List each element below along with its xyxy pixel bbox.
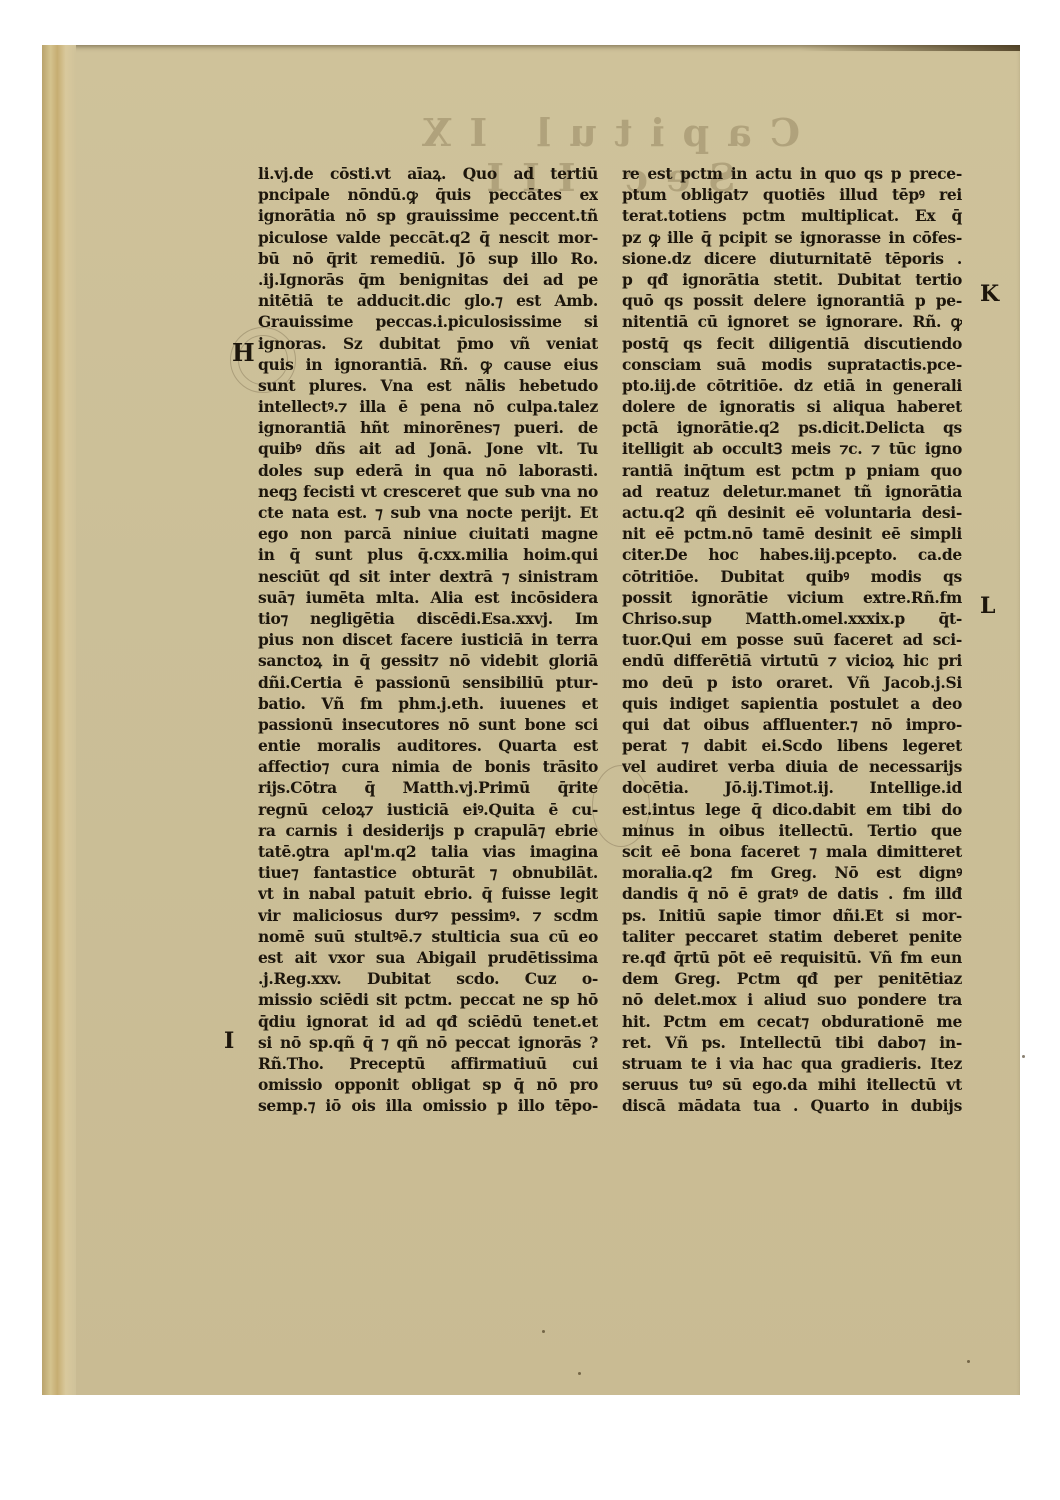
text-line: intellectꝰ.⁊ illa ē pena nō culpa.talez (258, 396, 598, 417)
text-line: dem Greg. Pctm qđ per penitētiaz (622, 968, 962, 989)
text-line: piculose valde peccāt.q2 q̄ nescit mor- (258, 227, 598, 248)
text-line: vel audiret verba diuia de necessarijs (622, 756, 962, 777)
text-line: entie moralis auditores. Quarta est (258, 735, 598, 756)
paper-speck (578, 1372, 581, 1375)
text-line: cte nata est. ⁊ sub vna nocte perijt. Et (258, 502, 598, 523)
text-line: neqꝫ fecisti vt cresceret que sub vna no (258, 481, 598, 502)
text-line: pctā ignorātie.q2 ps.dicit.Delicta qs (622, 417, 962, 438)
text-line: suā⁊ iumēta mlta. Alia est incōsidera (258, 587, 598, 608)
text-line: sione.dz dicere diuturnitatē tēporis . (622, 248, 962, 269)
text-line: batio. Vñ fm phm.j.eth. iuuenes et (258, 693, 598, 714)
text-line: bū nō q̄rit remediū. Jō sup illo Ro. (258, 248, 598, 269)
text-line: nit eē pctm.nō tamē desinit eē simpli (622, 523, 962, 544)
text-line: ignoras. Sz dubitat p̄mo vñ veniat (258, 333, 598, 354)
text-line: endū differētiā virtutū ⁊ vicioꝝ hic pri (622, 650, 962, 671)
text-line: hit. Pctm em cecat⁊ obdurationē me (622, 1011, 962, 1032)
text-line: dolere de ignoratis si aliqua haberet (622, 396, 962, 417)
text-line: discā mādata tua . Quarto in dubijs (622, 1095, 962, 1116)
text-line: tatē.ꝯtra apl'm.q2 talia vias imagina (258, 841, 598, 862)
text-line: terat.totiens pctm multiplicat. Ex q̄ (622, 205, 962, 226)
text-line: sunt plures. Vna est nālis hebetudo (258, 375, 598, 396)
text-line: doles sup ederā in qua nō laborasti. (258, 460, 598, 481)
text-line: moralia.q2 fm Greg. Nō est dignꝰ (622, 862, 962, 883)
text-line: affectio⁊ cura nimia de bonis trāsito (258, 756, 598, 777)
text-line: citer.De hoc habes.iij.pcepto. ca.de (622, 544, 962, 565)
text-line: est.intus lege q̄ dico.dabit em tibi do (622, 799, 962, 820)
marginal-letter-l: L (980, 593, 995, 619)
text-line: itelligit ab occultꝪ meis ⁊c. ⁊ tūc igno (622, 438, 962, 459)
text-line: vt in nabal patuit ebrio. q̄ fuisse legi… (258, 883, 598, 904)
text-line: ps. Initiū sapie timor dñi.Et si mor- (622, 905, 962, 926)
text-line: in q̄ sunt plus q̄.cxx.milia hoim.qui (258, 544, 598, 565)
text-line: nitētiā te adducit.dic glo.⁊ est Amb. (258, 290, 598, 311)
text-line: scit eē bona faceret ⁊ mala dimitteret (622, 841, 962, 862)
text-line: nitentiā cū ignoret se ignorare. Rñ. ꝙ (622, 311, 962, 332)
text-column-right: re est pctm in actu in quo qs p prece-pt… (622, 163, 962, 1116)
text-line: est ait vxor sua Abigail prudētissima (258, 947, 598, 968)
text-line: postq̄ qs fecit diligentiā discutiendo (622, 333, 962, 354)
text-line: Grauissime peccas.i.piculosissime si (258, 311, 598, 332)
text-line: p qđ ignorātia stetit. Dubitat tertio (622, 269, 962, 290)
text-line: dandis q̄ nō ē gratꝰ de datis . fm illđ (622, 883, 962, 904)
text-line: perat ⁊ dabit ei.Scdo libens legeret (622, 735, 962, 756)
text-line: ptum obligat⁊ quotiēs illud tēpꝰ rei (622, 184, 962, 205)
text-line: ret. Vñ ps. Intellectū tibi dabo⁊ in- (622, 1032, 962, 1053)
text-line: ignorantiā hñt minorēnes⁊ pueri. de (258, 417, 598, 438)
text-line: ad reatuz deletur.manet tñ ignorātia (622, 481, 962, 502)
paper-speck (967, 1360, 970, 1363)
text-line: semp.⁊ iō ois illa omissio p illo tēpo- (258, 1095, 598, 1116)
text-line: missio sciēdi sit pctm. peccat ne sp hō (258, 989, 598, 1010)
text-line: nō delet.mox i aliud suo pondere tra (622, 989, 962, 1010)
text-line: ego non parcā niniue ciuitati magne (258, 523, 598, 544)
text-line: actu.q2 qñ desinit eē voluntaria desi- (622, 502, 962, 523)
text-line: possit ignorātie vicium extre.Rñ.fm (622, 587, 962, 608)
text-line: q̄diu ignorat id ad qđ sciēdū tenet.et (258, 1011, 598, 1032)
text-line: taliter peccaret statim deberet penite (622, 926, 962, 947)
scanned-page: Capitul IX Sec III li.vj.de cōsti.vt aīa… (42, 45, 1020, 1395)
text-line: nesciūt qd sit inter dextrā ⁊ sinistram (258, 566, 598, 587)
text-line: rijs.Cōtra q̄ Matth.vj.Primū q̄rite (258, 777, 598, 798)
text-line: qui dat oibus affluenter.⁊ nō impro- (622, 714, 962, 735)
text-line: re.qđ q̄rtū pōt eē requisitū. Vñ fm eun (622, 947, 962, 968)
text-line: omissio opponit obligat sp q̄ nō pro (258, 1074, 598, 1095)
text-line: Rñ.Tho. Preceptū affirmatiuū cui (258, 1053, 598, 1074)
text-line: vir maliciosus durꝰ⁊ pessimꝰ. ⁊ scdm (258, 905, 598, 926)
paper-speck (1022, 1055, 1025, 1058)
text-line: docētia. Jō.ij.Timot.ij. Intellige.id (622, 777, 962, 798)
text-line: tuor.Qui em posse suū faceret ad sci- (622, 629, 962, 650)
text-line: quis indiget sapientia postulet a deo (622, 693, 962, 714)
text-line: pius non discet facere iusticiā in terra (258, 629, 598, 650)
marginal-letter-k: K (980, 281, 999, 307)
text-line: mo deū p isto oraret. Vñ Jacob.j.Si (622, 672, 962, 693)
text-line: re est pctm in actu in quo qs p prece- (622, 163, 962, 184)
text-line: passionū insecutores nō sunt bone sci (258, 714, 598, 735)
text-line: nomē suū stultꝰē.⁊ stulticia sua cū eo (258, 926, 598, 947)
text-line: consciam suā modis supratactis.pce- (622, 354, 962, 375)
text-line: regnū celoꝝ⁊ iusticiā eiꝰ.Quita ē cu- (258, 799, 598, 820)
text-line: pz ꝙ ille q̄ pcipit se ignorasse in cōfe… (622, 227, 962, 248)
text-line: quis in ignorantiā. Rñ. ꝙ cause eius (258, 354, 598, 375)
text-line: quō qs possit delere ignorantiā p pe- (622, 290, 962, 311)
text-line: cōtritiōe. Dubitat quibꝰ modis qs (622, 566, 962, 587)
text-column-left: li.vj.de cōsti.vt aīaꝝ. Quo ad tertiūpnc… (258, 163, 598, 1116)
text-line: tiue⁊ fantastice obturāt ⁊ obnubilāt. (258, 862, 598, 883)
text-line: li.vj.de cōsti.vt aīaꝝ. Quo ad tertiū (258, 163, 598, 184)
marginal-letter-i: I (224, 1028, 234, 1054)
text-line: minus in oibus itellectū. Tertio que (622, 820, 962, 841)
text-line: seruus tuꝰ sū ego.da mihi itellectū vt (622, 1074, 962, 1095)
text-line: pncipale nōndū.ꝙ q̄uis peccātes ex (258, 184, 598, 205)
paper-speck (542, 1330, 545, 1333)
text-line: .ij.Ignorās q̄m benignitas dei ad pe (258, 269, 598, 290)
text-line: rantiā inq̄tum est pctm p pniam quo (622, 460, 962, 481)
text-line: dñi.Certia ē passionū sensibiliū ptur- (258, 672, 598, 693)
text-line: si nō sp.qñ q̄ ⁊ qñ nō peccat ignorās ? (258, 1032, 598, 1053)
text-line: .j.Reg.xxv. Dubitat scdo. Cuz o- (258, 968, 598, 989)
text-line: tio⁊ negligētia discēdi.Esa.xxvj. Im (258, 608, 598, 629)
text-line: ra carnis i desiderijs p crapulā⁊ ebrie (258, 820, 598, 841)
text-line: struam te i via hac qua gradieris. Itez (622, 1053, 962, 1074)
text-line: quibꝰ dñs ait ad Jonā. Jone vlt. Tu (258, 438, 598, 459)
marginal-letter-h: H (232, 338, 255, 367)
text-line: sanctoꝝ in q̄ gessit⁊ nō videbit gloriā (258, 650, 598, 671)
text-line: ignorātia nō sp grauissime peccent.tñ (258, 205, 598, 226)
text-line: Chriso.sup Matth.omel.xxxix.p q̄t- (622, 608, 962, 629)
text-line: pto.iij.de cōtritiōe. dz etiā in general… (622, 375, 962, 396)
